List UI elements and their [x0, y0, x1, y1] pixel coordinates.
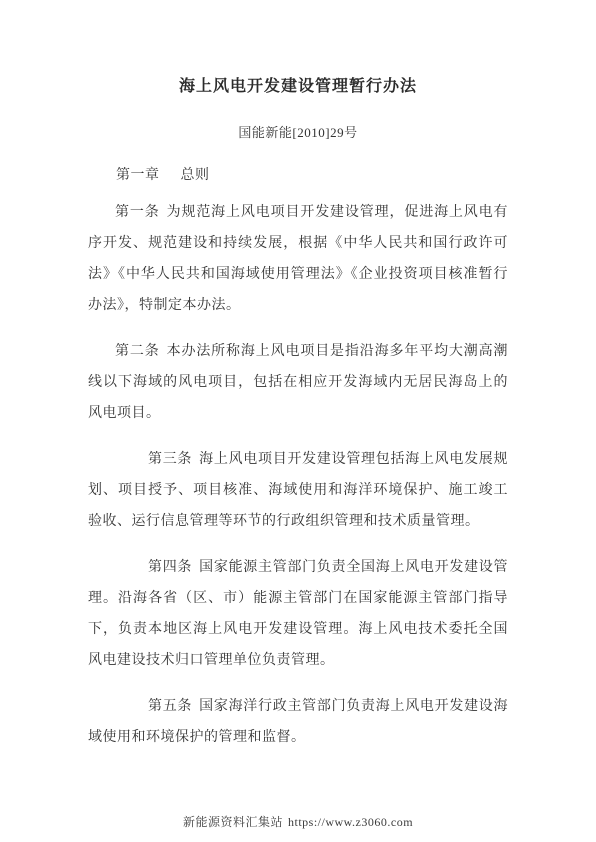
article-paragraph-1: 第一条为规范海上风电项目开发建设管理，促进海上风电有序开发、规范建设和持续发展，…	[88, 197, 508, 321]
article-paragraph-2: 第二条本办法所称海上风电项目是指沿海多年平均大潮高潮线以下海域的风电项目，包括在…	[88, 336, 508, 429]
article-label-2: 第二条	[115, 344, 160, 359]
doc-number: 国能新能[2010]29号	[88, 123, 508, 143]
doc-title: 海上风电开发建设管理暂行办法	[88, 74, 508, 100]
document-body: 第一条为规范海上风电项目开发建设管理，促进海上风电有序开发、规范建设和持续发展，…	[88, 197, 508, 753]
article-text-1: 为规范海上风电项目开发建设管理，促进海上风电有序开发、规范建设和持续发展，根据《…	[88, 205, 508, 313]
article-label-5: 第五条	[148, 699, 192, 714]
article-paragraph-3: 第三条海上风电项目开发建设管理包括海上风电发展规划、项目授予、项目核准、海域使用…	[88, 444, 508, 537]
chapter-name: 总则	[181, 168, 210, 183]
article-text-4: 国家能源主管部门负责全国海上风电开发建设管理。沿海各省（区、市）能源主管部门在国…	[88, 560, 508, 668]
chapter-heading: 第一章总则	[88, 160, 508, 191]
footer-site-name: 新能源资料汇集站	[183, 815, 283, 829]
article-paragraph-5: 第五条国家海洋行政主管部门负责海上风电开发建设海域使用和环境保护的管理和监督。	[88, 691, 508, 753]
article-label-1: 第一条	[115, 205, 160, 220]
article-paragraph-4: 第四条国家能源主管部门负责全国海上风电开发建设管理。沿海各省（区、市）能源主管部…	[88, 552, 508, 676]
article-label-4: 第四条	[148, 560, 192, 575]
page-footer: 新能源资料汇集站https://www.z3060.com	[0, 814, 596, 830]
footer-site-url: https://www.z3060.com	[288, 815, 413, 829]
document-page: 海上风电开发建设管理暂行办法 国能新能[2010]29号 第一章总则 第一条为规…	[0, 0, 596, 842]
chapter-label: 第一章	[116, 168, 160, 183]
article-label-3: 第三条	[148, 452, 192, 467]
